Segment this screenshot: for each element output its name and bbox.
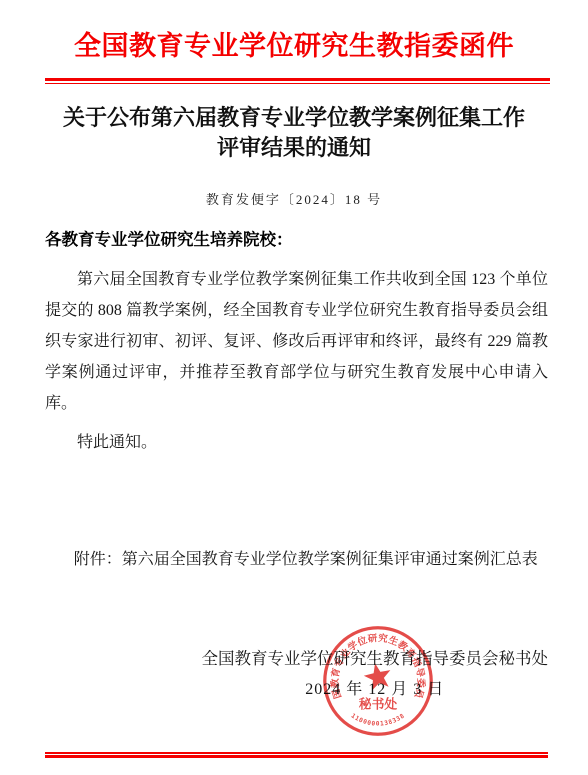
attachment-line: 附件：第六届全国教育专业学位教学案例征集评审通过案例汇总表 [45,546,548,574]
document-number: 教育发便字〔2024〕18 号 [0,192,588,208]
header-rule [45,78,550,84]
seal-serial-number: 1100000138338 [350,712,407,727]
document-title-line2: 评审结果的通知 [35,133,553,163]
closing-line: 特此通知。 [45,427,548,458]
body-paragraph: 第六届全国教育专业学位教学案例征集工作共收到全国 123 个单位提交的 808 … [45,264,548,419]
svg-text:1100000138338: 1100000138338 [350,712,407,727]
signature-date: 2024 年 12 月 3 日 [202,676,549,704]
document-title-line1: 关于公布第六届教育专业学位教学案例征集工作 [35,103,553,133]
footer-rule-thick [45,755,548,758]
signature-block: 全国教育专业学位研究生教育指导委员会秘书处 2024 年 12 月 3 日 [202,645,549,704]
signature-org: 全国教育专业学位研究生教育指导委员会秘书处 [202,645,549,673]
document-title: 关于公布第六届教育专业学位教学案例征集工作 评审结果的通知 [35,103,553,163]
header-rule-thin [45,83,550,85]
letterhead-title: 全国教育专业学位研究生教指委函件 [20,30,568,63]
salutation: 各教育专业学位研究生培养院校： [45,229,548,251]
footer-rule [45,752,548,758]
document-page: 全国教育专业学位研究生教指委函件 关于公布第六届教育专业学位教学案例征集工作 评… [0,0,588,775]
